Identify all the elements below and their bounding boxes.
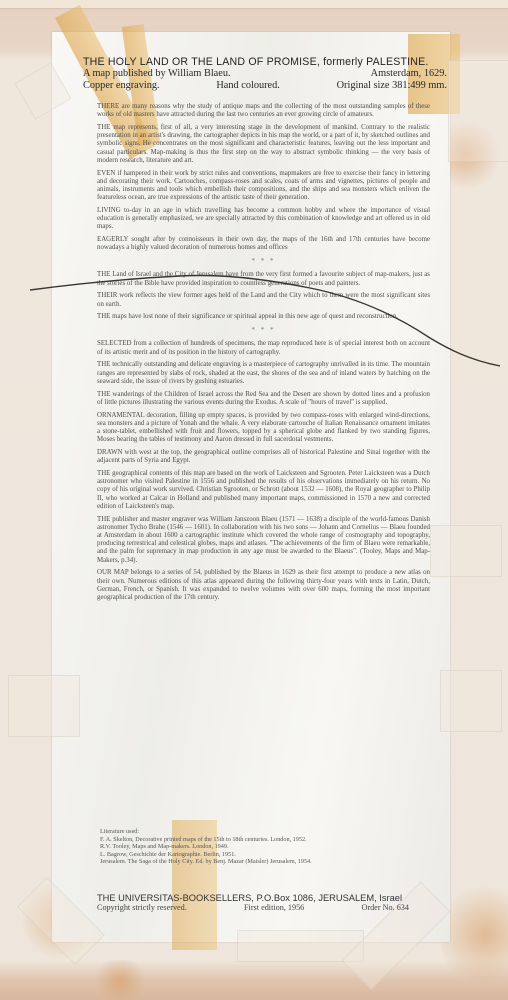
copyright-notice: Copyright strictly reserved. [97, 903, 187, 912]
literature-item: F. A. Skelton, Decorative printed maps o… [100, 836, 430, 844]
paper-crack [30, 268, 500, 388]
original-size: Original size 381:499 mm. [337, 80, 447, 92]
literature-item: Jerusalem. The Saga of the Holy City. Ed… [100, 858, 430, 866]
paragraph: EVEN if hampered in their work by strict… [97, 170, 430, 203]
technique: Copper engraving. [83, 80, 160, 92]
literature-list: Literature used: F. A. Skelton, Decorati… [100, 828, 430, 866]
paragraph: THE geographical contents of this map ar… [97, 470, 430, 511]
paragraph: OUR MAP belongs to a series of 54, publi… [97, 569, 430, 602]
adhesive-tape [448, 60, 508, 162]
footer-details: Copyright strictly reserved. First editi… [97, 903, 409, 912]
order-number: Order No. 634 [361, 903, 409, 912]
paragraph: THE publisher and master engraver was Wi… [97, 516, 430, 565]
paragraph: THE map represents, first of all, a very… [97, 124, 430, 165]
technique-line: Copper engraving. Hand coloured. Origina… [83, 80, 447, 92]
publisher-credit: A map published by William Blaeu. [83, 68, 231, 80]
paragraph: THERE are many reasons why the study of … [97, 103, 430, 119]
literature-heading: Literature used: [100, 828, 430, 836]
edition-info: First edition, 1956 [244, 903, 304, 912]
literature-item: L. Bagrow, Geschichte der Kartographie. … [100, 851, 430, 859]
paragraph: EAGERLY sought after by connoisseurs in … [97, 236, 430, 252]
foxing-stain [90, 960, 150, 1000]
paragraph: ORNAMENTAL decoration, filling up empty … [97, 412, 430, 445]
publisher-address: THE UNIVERSITAS-BOOKSELLERS, P.O.Box 108… [97, 893, 409, 903]
paragraph: LIVING to-day in an age in which travell… [97, 207, 430, 232]
section-separator: * * * [97, 257, 430, 265]
document-title: THE HOLY LAND OR THE LAND OF PROMISE, fo… [83, 56, 447, 68]
adhesive-tape [8, 675, 80, 737]
leaflet-footer: THE UNIVERSITAS-BOOKSELLERS, P.O.Box 108… [97, 893, 409, 912]
publication-line: A map published by William Blaeu. Amster… [83, 68, 447, 80]
place-date: Amsterdam, 1629. [371, 68, 447, 80]
paragraph: THE wanderings of the Children of Israel… [97, 391, 430, 407]
adhesive-tape [440, 670, 502, 732]
adhesive-tape [430, 525, 502, 577]
leaflet-header: THE HOLY LAND OR THE LAND OF PROMISE, fo… [83, 56, 447, 92]
colouring: Hand coloured. [216, 80, 279, 92]
literature-item: R.V. Tooley, Maps and Map-makers. London… [100, 843, 430, 851]
paragraph: DRAWN with west at the top, the geograph… [97, 449, 430, 465]
